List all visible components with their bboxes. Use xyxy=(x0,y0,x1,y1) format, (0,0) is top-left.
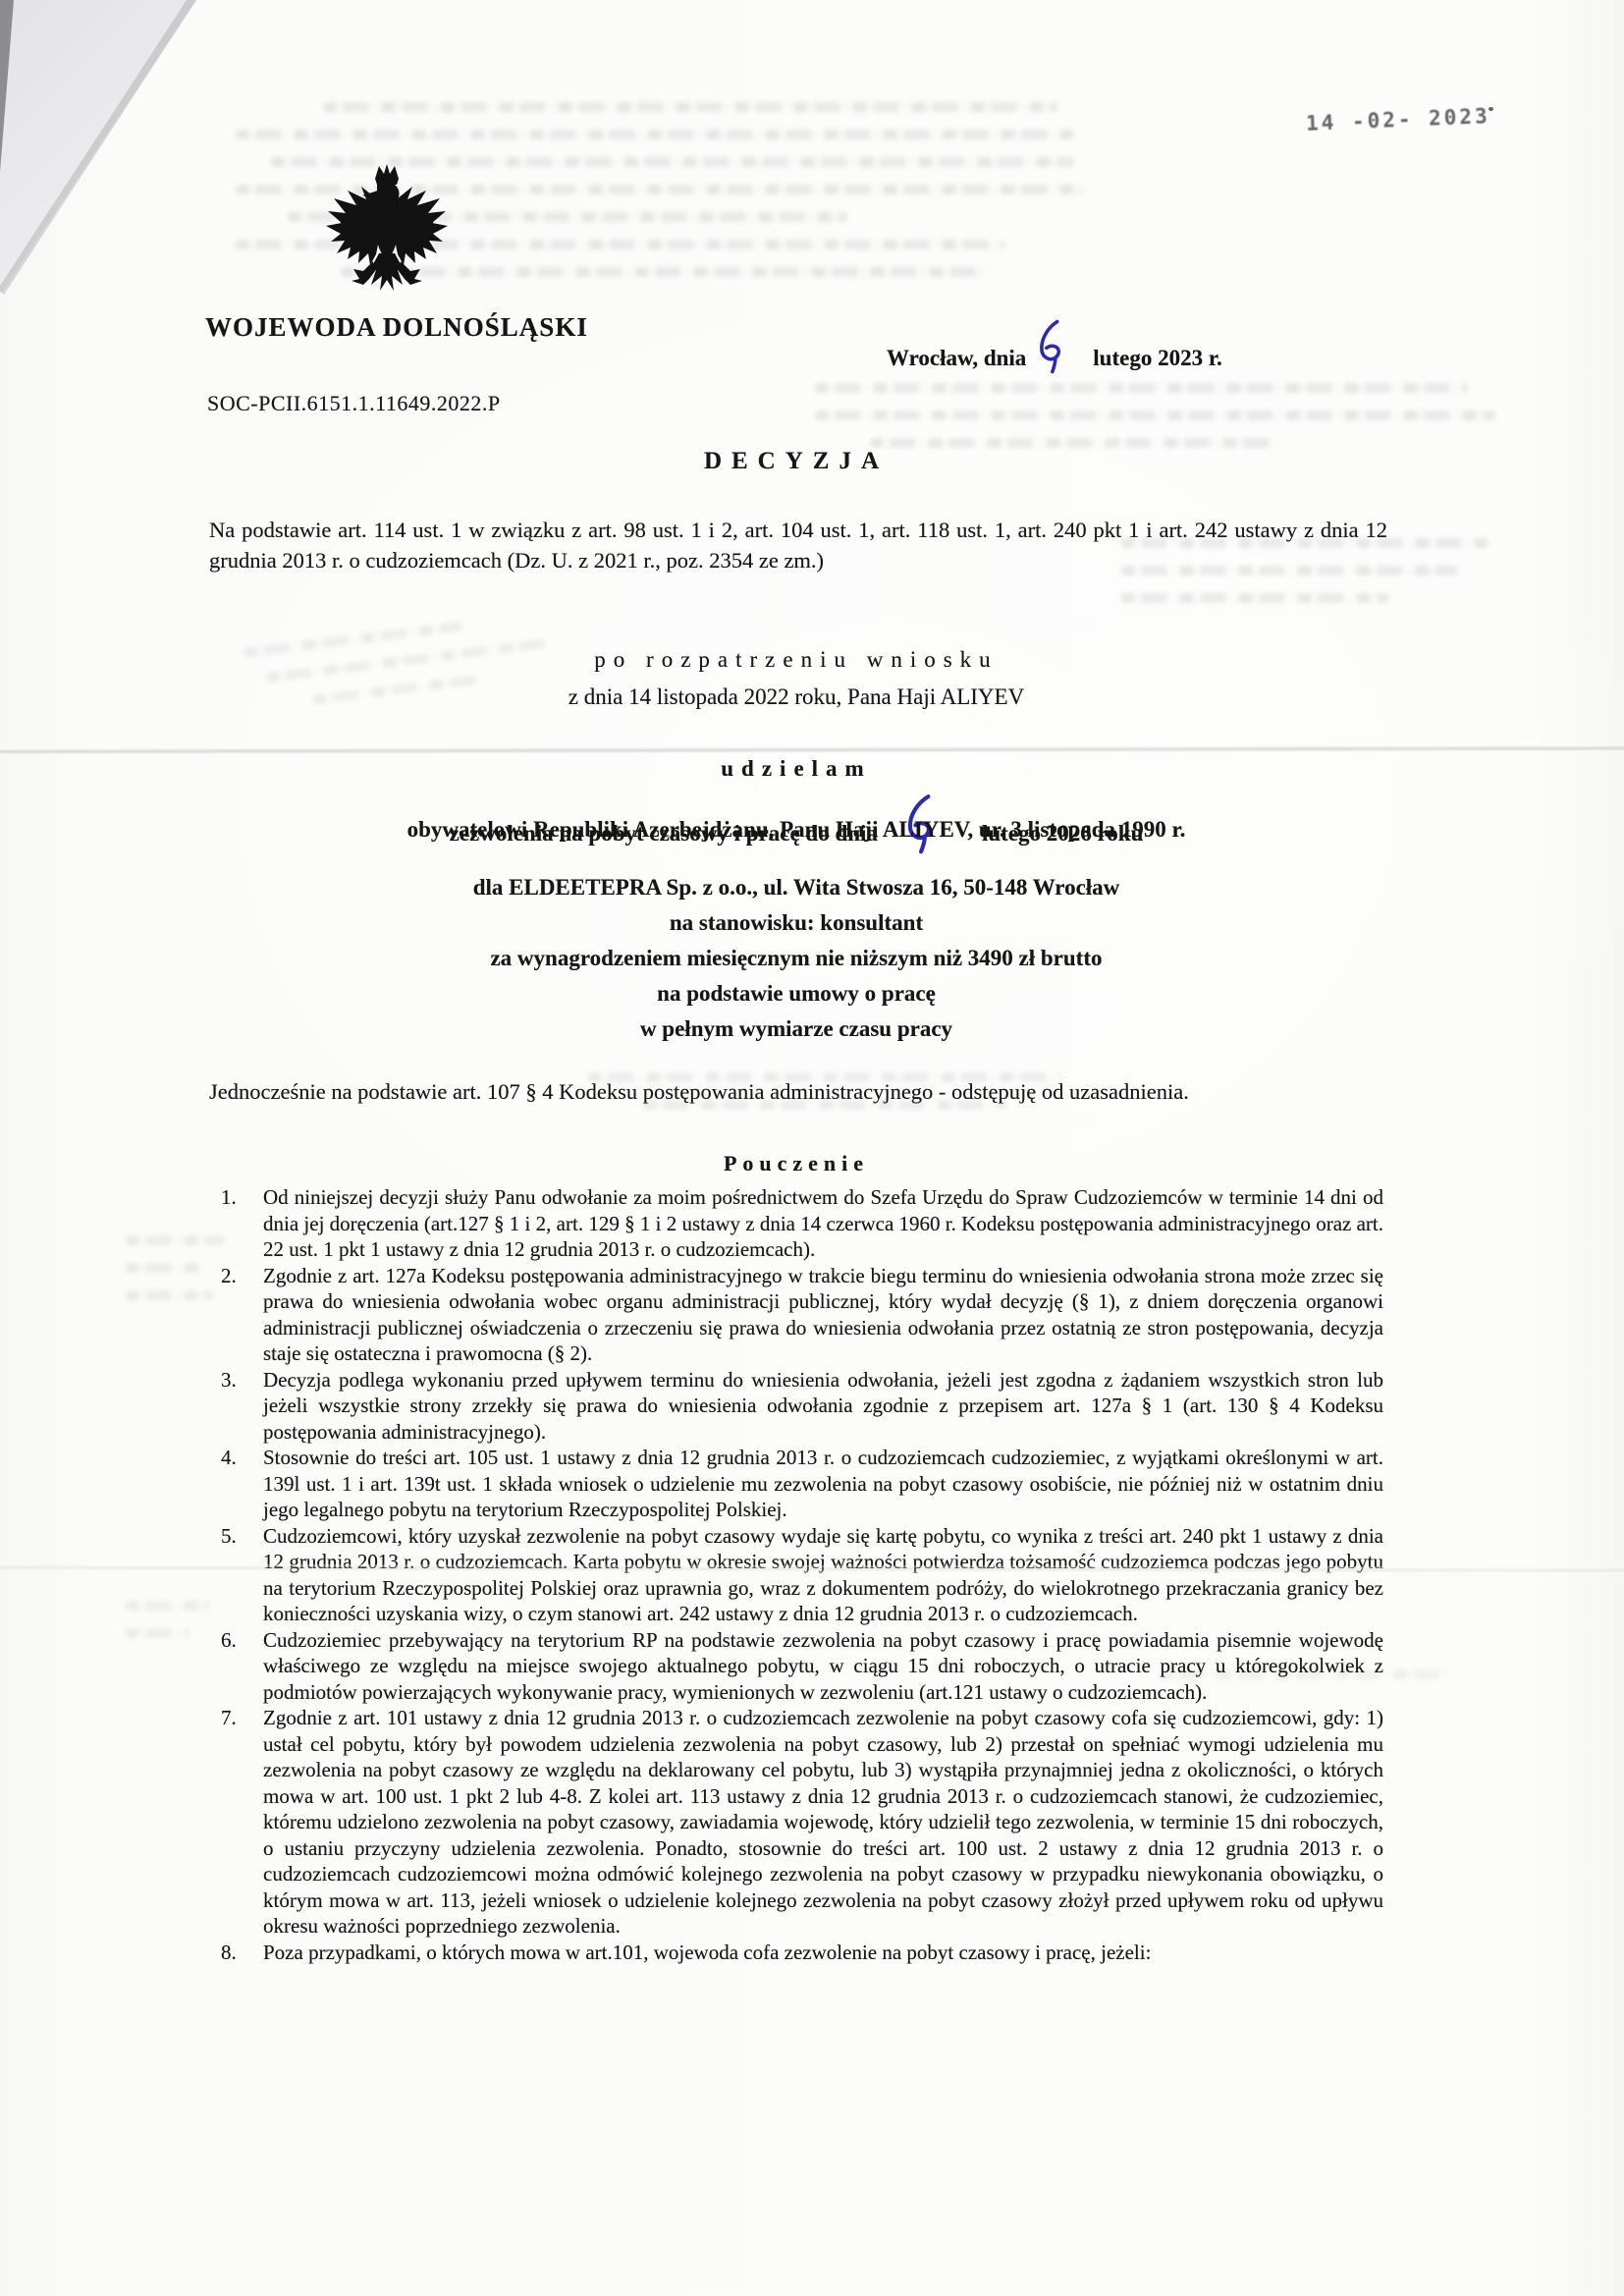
instruction-item: Zgodnie z art. 127a Kodeksu postępowania… xyxy=(209,1263,1383,1367)
grant-word: udzielam xyxy=(209,756,1383,782)
employer-line: dla ELDEETEPRA Sp. z o.o., ul. Wita Stwo… xyxy=(209,870,1383,905)
instruction-item: Cudzoziemcowi, który uzyskał zezwolenie … xyxy=(209,1523,1383,1627)
instruction-heading: Pouczenie xyxy=(209,1151,1383,1176)
place-and-date-line: Wrocław, dnia lutego 2023 r. xyxy=(887,308,1222,371)
employment-conditions-block: dla ELDEETEPRA Sp. z o.o., ul. Wita Stwo… xyxy=(209,870,1383,1047)
worktime-line: w pełnym wymiarze czasu pracy xyxy=(209,1011,1383,1047)
contract-line: na podstawie umowy o pracę xyxy=(209,976,1383,1011)
handwritten-day-digit xyxy=(1031,316,1070,376)
scanned-decision-document: 14 -02- 2023 xyxy=(0,0,1624,2296)
instruction-list: Od niniejszej decyzji służy Panu odwołan… xyxy=(209,1184,1383,1965)
position-line: na stanowisku: konsultant xyxy=(209,905,1383,941)
instruction-item: Poza przypadkami, o których mowa w art.1… xyxy=(209,1940,1383,1966)
instruction-item: Decyzja podlega wykonaniu przed upływem … xyxy=(209,1367,1383,1446)
case-number: SOC-PCII.6151.1.11649.2022.P xyxy=(207,391,501,416)
instruction-item: Stosownie do treści art. 105 ust. 1 usta… xyxy=(209,1445,1383,1523)
instruction-item: Zgodnie z art. 101 ustawy z dnia 12 grud… xyxy=(209,1705,1383,1940)
paper-crease xyxy=(0,744,1624,754)
decision-title: DECYZJA xyxy=(209,448,1383,475)
issuer-title: WOJEWODA DOLNOŚLĄSKI xyxy=(205,312,588,343)
salary-line: za wynagrodzeniem miesięcznym nie niższy… xyxy=(209,941,1383,976)
application-line: z dnia 14 listopada 2022 roku, Pana Haji… xyxy=(209,684,1383,710)
received-date-stamp: 14 -02- 2023 xyxy=(1306,104,1489,136)
date-suffix: lutego 2023 r. xyxy=(1093,346,1221,371)
justification-waiver: Jednocześnie na podstawie art. 107 § 4 K… xyxy=(209,1076,1387,1107)
instruction-item: Cudzoziemiec przebywający na terytorium … xyxy=(209,1627,1383,1706)
legal-basis-paragraph: Na podstawie art. 114 ust. 1 w związku z… xyxy=(209,515,1387,575)
date-prefix: Wrocław, dnia xyxy=(887,346,1026,371)
coat-of-arms-eagle-icon xyxy=(324,161,450,302)
after-consideration-clause: po rozpatrzeniu wniosku xyxy=(209,647,1383,673)
beneficiary-line: obywatelowi Republiki Azerbejdżanu, Panu… xyxy=(209,817,1383,843)
instruction-item: Od niniejszej decyzji służy Panu odwołan… xyxy=(209,1184,1383,1263)
page-corner-fold xyxy=(0,0,216,314)
stamp-ink-dot xyxy=(1489,107,1493,111)
